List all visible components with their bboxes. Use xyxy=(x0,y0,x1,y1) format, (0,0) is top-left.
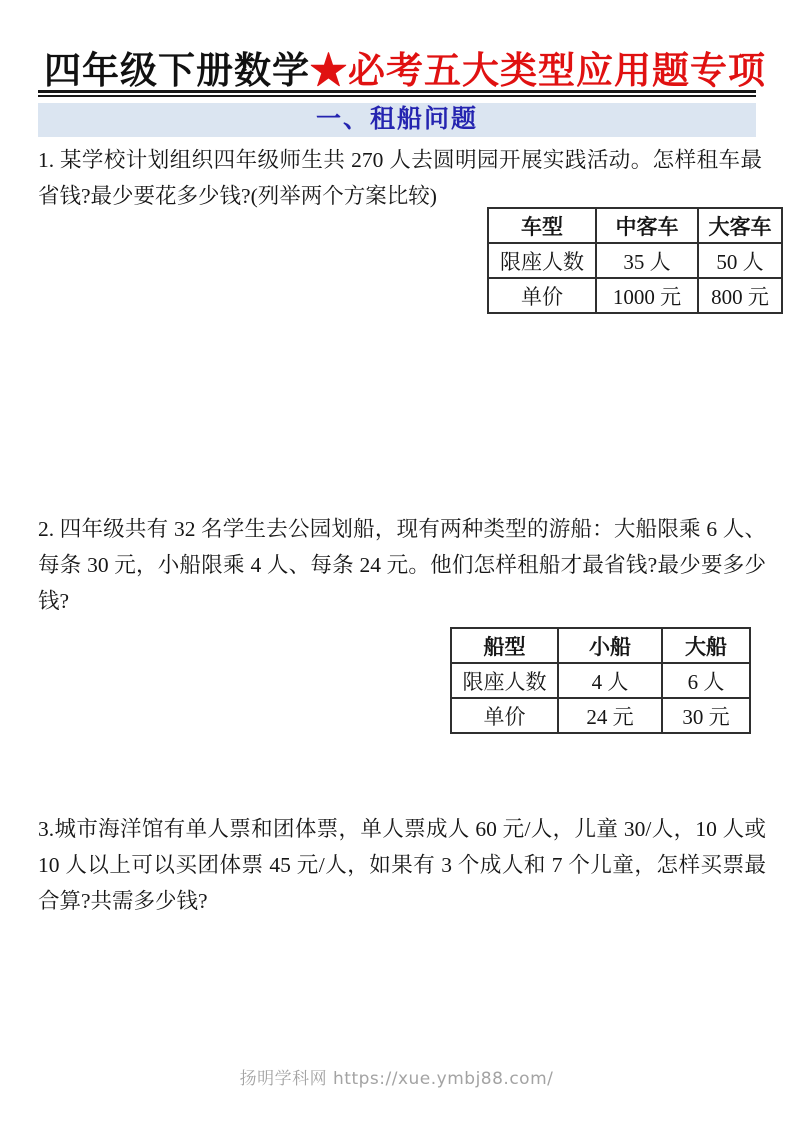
table-row: 限座人数 35 人 50 人 xyxy=(488,243,782,278)
table-cell: 限座人数 xyxy=(451,663,558,698)
table-header-cell: 小船 xyxy=(558,628,662,663)
table-cell: 800 元 xyxy=(698,278,782,313)
table-header-cell: 大客车 xyxy=(698,208,782,243)
problem-2-text: 2. 四年级共有 32 名学生去公园划船，现有两种类型的游船：大船限乘 6 人、… xyxy=(38,511,766,619)
footer-watermark: 扬明学科网 https://xue.ymbj88.com/ xyxy=(0,1064,793,1089)
table-cell: 35 人 xyxy=(596,243,698,278)
table-cell: 50 人 xyxy=(698,243,782,278)
title-text-black: 四年级下册数学 xyxy=(44,51,310,92)
section-heading-label: 一、租船问题 xyxy=(316,106,478,133)
table-row: 单价 1000 元 800 元 xyxy=(488,278,782,313)
table-header-cell: 车型 xyxy=(488,208,596,243)
table-header-row: 船型 小船 大船 xyxy=(451,628,750,663)
worksheet-page: 四年级下册数学★必考五大类型应用题专项 一、租船问题 1. 某学校计划组织四年级… xyxy=(0,0,793,1122)
table-cell: 单价 xyxy=(451,698,558,733)
table-header-cell: 中客车 xyxy=(596,208,698,243)
problem-1-text: 1. 某学校计划组织四年级师生共 270 人去圆明园开展实践活动。怎样租车最省钱… xyxy=(38,142,762,214)
table-header-cell: 船型 xyxy=(451,628,558,663)
star-icon: ★ xyxy=(310,51,348,92)
boat-rental-table: 船型 小船 大船 限座人数 4 人 6 人 单价 24 元 30 元 xyxy=(450,627,751,734)
title-divider xyxy=(38,90,756,97)
table-header-row: 车型 中客车 大客车 xyxy=(488,208,782,243)
section-heading-banner: 一、租船问题 xyxy=(38,103,756,137)
table-cell: 1000 元 xyxy=(596,278,698,313)
footer-site-url: 扬明学科网 https://xue.ymbj88.com/ xyxy=(240,1069,554,1089)
table-cell: 限座人数 xyxy=(488,243,596,278)
table-cell: 24 元 xyxy=(558,698,662,733)
table-cell: 6 人 xyxy=(662,663,750,698)
problem-3-text: 3.城市海洋馆有单人票和团体票，单人票成人 60 元/人，儿童 30/人，10 … xyxy=(38,811,766,919)
page-title: 四年级下册数学★必考五大类型应用题专项 xyxy=(44,40,760,94)
bus-rental-table: 车型 中客车 大客车 限座人数 35 人 50 人 单价 1000 元 800 … xyxy=(487,207,783,314)
table-cell: 30 元 xyxy=(662,698,750,733)
table-cell: 单价 xyxy=(488,278,596,313)
table-row: 限座人数 4 人 6 人 xyxy=(451,663,750,698)
title-text-red: 必考五大类型应用题专项 xyxy=(348,51,766,92)
table-row: 单价 24 元 30 元 xyxy=(451,698,750,733)
table-header-cell: 大船 xyxy=(662,628,750,663)
table-cell: 4 人 xyxy=(558,663,662,698)
